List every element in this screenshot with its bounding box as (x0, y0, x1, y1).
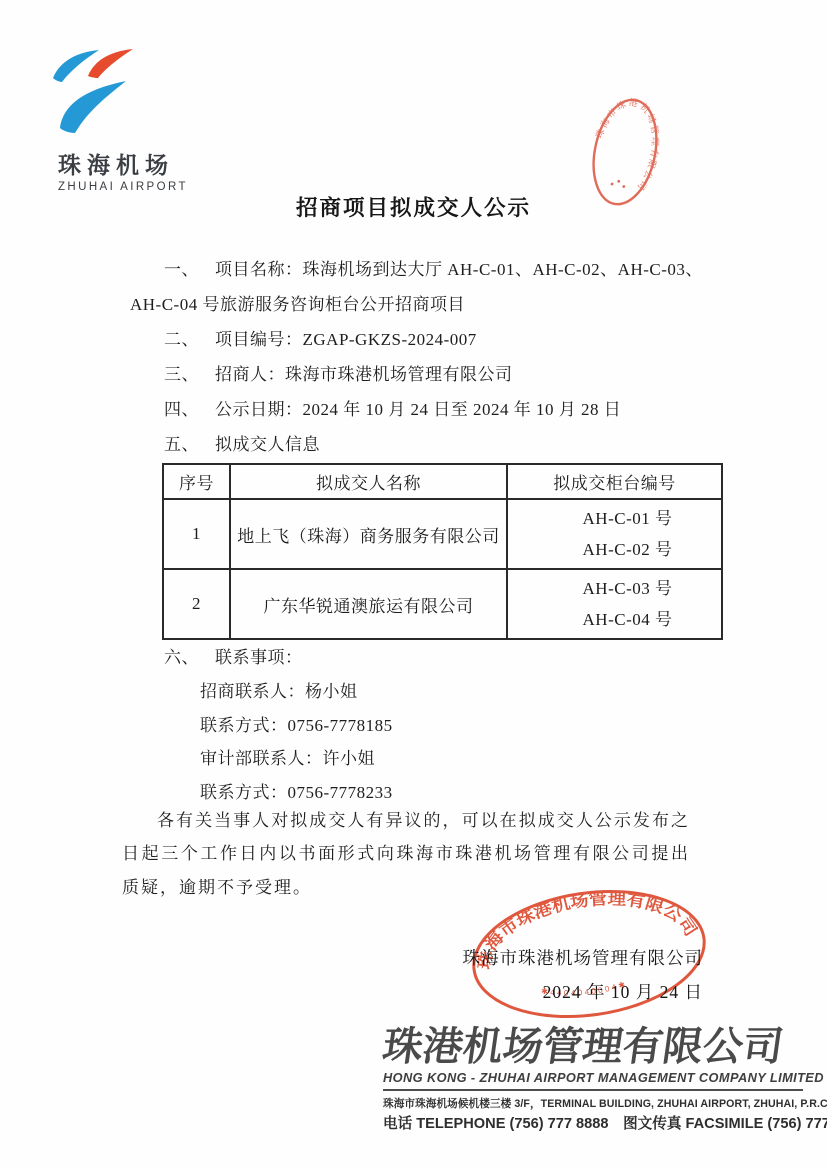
table-row: 2 广东华锐通澳旅运有限公司 AH-C-03 号 AH-C-04 号 (163, 569, 722, 639)
footer-phone-fax: 电话 TELEPHONE (756) 777 8888 图文传真 FACSIMI… (383, 1112, 803, 1133)
contact-phone: 联系方式：0756-7778185 (130, 709, 710, 743)
row-counters: AH-C-01 号 AH-C-02 号 (507, 499, 722, 569)
item-number: 四、 (164, 400, 199, 419)
table-row: 1 地上飞（珠海）商务服务有限公司 AH-C-01 号 AH-C-02 号 (163, 499, 722, 569)
logo-swoosh-icon (50, 48, 180, 140)
signature-date: 2024 年 10 月 24 日 (400, 975, 703, 1009)
item-project-name: 一、项目名称：珠海机场到达大厅 AH-C-01、AH-C-02、AH-C-03、… (130, 252, 726, 322)
row-seq: 1 (163, 499, 230, 569)
item-inviter: 三、招商人：珠海市珠港机场管理有限公司 (130, 357, 726, 392)
item-text: 拟成交人信息 (215, 435, 320, 454)
contact-heading-text: 联系事项： (215, 648, 303, 667)
item-text: 项目名称：珠海机场到达大厅 AH-C-01、AH-C-02、AH-C-03、AH… (130, 260, 703, 314)
counter-id: AH-C-01 号 (534, 503, 721, 534)
item-number: 五、 (164, 435, 199, 454)
letterhead-footer: 珠港机场管理有限公司 HONG KONG - ZHUHAI AIRPORT MA… (383, 1026, 803, 1133)
row-winner-name: 广东华锐通澳旅运有限公司 (230, 569, 507, 639)
svg-text:珠海市珠港机场管理有限公司: 珠海市珠港机场管理有限公司 (588, 94, 662, 195)
logo-name-cn: 珠海机场 (58, 147, 210, 180)
item-winner-info: 五、拟成交人信息 (130, 427, 726, 462)
header-counter-no: 拟成交柜台编号 (507, 464, 722, 499)
item-publicity-date: 四、公示日期：2024 年 10 月 24 日至 2024 年 10 月 28 … (130, 392, 726, 427)
item-text: 公示日期：2024 年 10 月 24 日至 2024 年 10 月 28 日 (215, 400, 621, 419)
row-seq: 2 (163, 569, 230, 639)
signature-block: 珠海市珠港机场管理有限公司 2024 年 10 月 24 日 (400, 941, 703, 1009)
header-seq: 序号 (163, 464, 230, 499)
contact-heading: 六、联系事项： (130, 641, 710, 675)
footer-address: 珠海市珠海机场候机楼三楼 3/F，TERMINAL BUILDING, ZHUH… (383, 1096, 803, 1111)
item-project-code: 二、项目编号：ZGAP-GKZS-2024-007 (130, 322, 726, 357)
header-winner-name: 拟成交人名称 (230, 464, 507, 499)
counter-id: AH-C-04 号 (534, 604, 721, 635)
audit-contact-person: 审计部联系人：许小姐 (130, 742, 710, 776)
item-number: 一、 (164, 260, 199, 279)
footer-company-cn: 珠港机场管理有限公司 (380, 1026, 806, 1068)
document-page: 珠海机场 ZHUHAI AIRPORT 珠海市珠港机场管理有限公司 招商项目拟成… (0, 0, 827, 1169)
footer-company-en: HONG KONG - ZHUHAI AIRPORT MANAGEMENT CO… (383, 1070, 803, 1091)
table-header-row: 序号 拟成交人名称 拟成交柜台编号 (163, 464, 722, 499)
counter-id: AH-C-03 号 (534, 573, 721, 604)
counter-id: AH-C-02 号 (534, 534, 721, 565)
row-winner-name: 地上飞（珠海）商务服务有限公司 (230, 499, 507, 569)
row-counters: AH-C-03 号 AH-C-04 号 (507, 569, 722, 639)
winners-table: 序号 拟成交人名称 拟成交柜台编号 1 地上飞（珠海）商务服务有限公司 AH-C… (162, 463, 723, 640)
item-text: 项目编号：ZGAP-GKZS-2024-007 (215, 330, 477, 349)
seal-top-text: 珠海市珠港机场管理有限公司 (588, 94, 662, 195)
items-section: 一、项目名称：珠海机场到达大厅 AH-C-01、AH-C-02、AH-C-03、… (130, 252, 726, 462)
document-title: 招商项目拟成交人公示 (0, 191, 827, 222)
contact-person: 招商联系人：杨小姐 (130, 675, 710, 709)
airport-logo: 珠海机场 ZHUHAI AIRPORT (50, 48, 210, 193)
item-number: 六、 (164, 648, 199, 667)
item-number: 三、 (164, 365, 199, 384)
signature-company: 珠海市珠港机场管理有限公司 (400, 941, 703, 975)
item-text: 招商人：珠海市珠港机场管理有限公司 (215, 365, 513, 384)
item-number: 二、 (164, 330, 199, 349)
contact-section: 六、联系事项： 招商联系人：杨小姐 联系方式：0756-7778185 审计部联… (130, 641, 710, 809)
